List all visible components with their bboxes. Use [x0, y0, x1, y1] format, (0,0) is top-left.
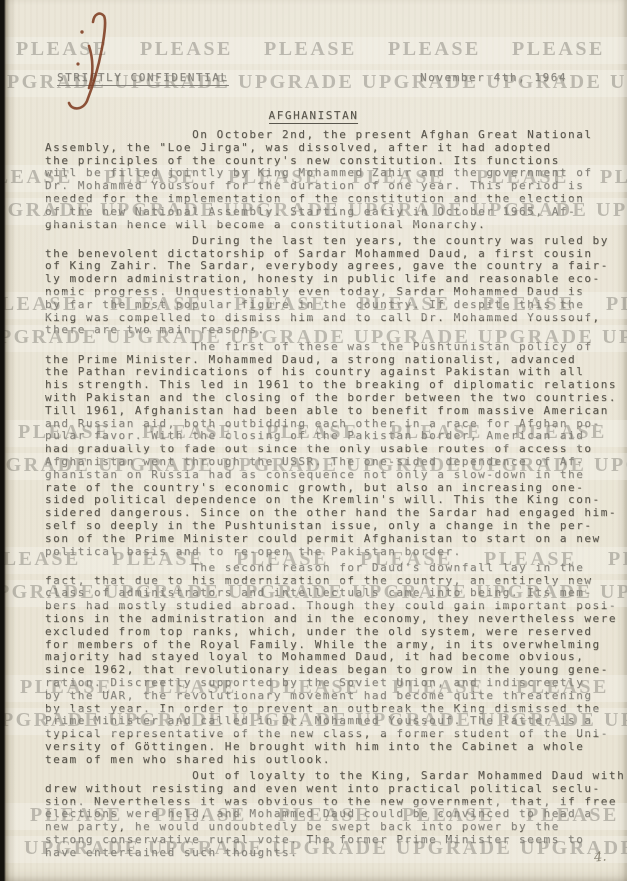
paragraph: During the last ten years, the country w… [45, 235, 627, 337]
paragraph: On October 2nd, the present Afghan Great… [45, 129, 627, 231]
document-date: November 4th, 1964 [420, 71, 567, 84]
watermark-text: PLEASE [512, 38, 605, 61]
watermark-text: PLEASE [388, 38, 481, 61]
scanned-document-page: PLEASEPLEASEPLEASEPLEASEPLEASEPLEASEUPGR… [0, 0, 627, 881]
watermark-text: UPGRADE [238, 71, 354, 94]
watermark-text: PLEASE [140, 38, 233, 61]
document-title: AFGHANISTAN [269, 109, 359, 124]
page-number: 4. [593, 849, 607, 865]
paragraph: Out of loyalty to the King, Sardar Moham… [45, 770, 627, 860]
watermark-text: PLEASE [264, 38, 357, 61]
watermark-text: UPGRADE [610, 71, 627, 94]
page-left-edge-shadow [0, 0, 16, 881]
document-body: On October 2nd, the present Afghan Great… [45, 129, 627, 863]
paragraph: The second reason for Daud's downfall la… [45, 562, 627, 767]
paragraph: The first of these was the Pushtunistan … [45, 341, 627, 559]
handwritten-ink-annotation [42, 6, 120, 118]
